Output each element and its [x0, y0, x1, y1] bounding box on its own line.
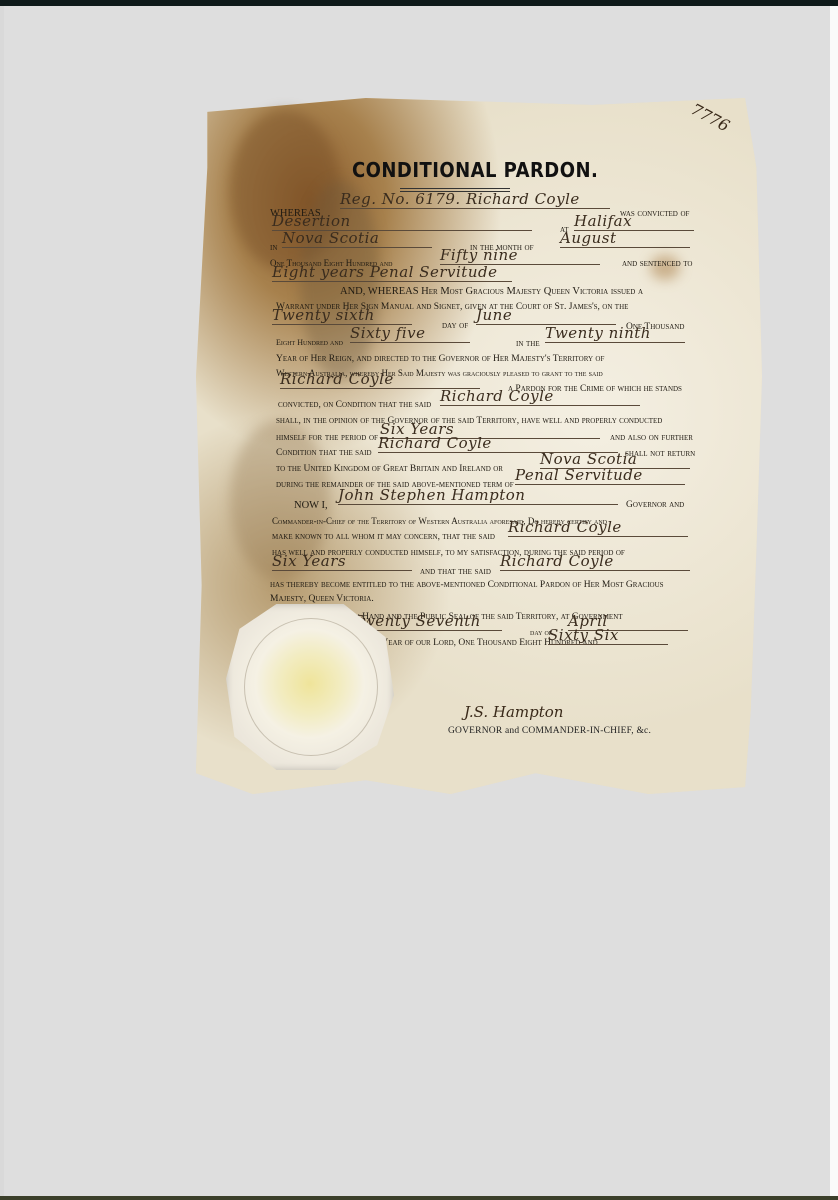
printed-text: in: [270, 242, 277, 253]
governor-signature: J.S. Hampton: [464, 703, 563, 721]
handwritten-name: Richard Coyle: [500, 552, 690, 571]
printed-text: AND, WHEREAS Her Most Gracious Majesty Q…: [340, 286, 643, 297]
printed-text: convicted, on Condition that the said: [278, 400, 431, 410]
handwritten-warrant-day: Twenty sixth: [272, 306, 412, 325]
printed-text: Eight Hundred and: [276, 338, 343, 347]
printed-text: himself for the period of: [276, 432, 378, 443]
scan-right-edge: [830, 6, 838, 1200]
printed-text: Majesty, Queen Victoria.: [270, 594, 374, 604]
handwritten-given-day: Twenty Seventh: [352, 612, 502, 631]
printed-text: has thereby become entitled to the above…: [270, 580, 664, 590]
handwritten-sentence: Eight years Penal Servitude: [272, 263, 512, 282]
handwritten-governor-name: John Stephen Hampton: [338, 486, 618, 505]
printed-text: Year of Her Reign, and directed to the G…: [276, 354, 604, 364]
document-title: CONDITIONAL PARDON.: [352, 158, 598, 182]
printed-text: and sentenced to: [622, 258, 692, 269]
printed-text: and that the said: [420, 566, 491, 577]
handwritten-prisoner-name: Reg. No. 6179. Richard Coyle: [340, 190, 610, 209]
seal-ring: [244, 618, 378, 756]
handwritten-colony: Nova Scotia: [282, 229, 432, 248]
scan-bottom-border: [0, 1196, 838, 1200]
printed-text: NOW I,: [294, 500, 328, 511]
handwritten-name: Richard Coyle: [440, 387, 640, 406]
handwritten-reign-year: Twenty ninth: [545, 324, 685, 343]
handwritten-term: Penal Servitude: [515, 466, 685, 485]
signature-caption: GOVERNOR and COMMANDER-IN-CHIEF, &c.: [448, 726, 651, 736]
printed-text: make known to all whom it may concern, t…: [272, 532, 495, 542]
printed-text: Governor and: [626, 500, 684, 510]
printed-text: and also on further: [610, 432, 693, 443]
handwritten-warrant-month: June: [476, 306, 616, 325]
printed-text: to the United Kingdom of Great Britain a…: [276, 464, 503, 474]
handwritten-name: Richard Coyle: [508, 518, 688, 537]
handwritten-period: Six Years: [272, 552, 412, 571]
printed-text: Condition that the said: [276, 448, 372, 458]
handwritten-warrant-year: Sixty five: [350, 324, 470, 343]
printed-text: in the: [516, 338, 540, 349]
handwritten-given-year: Sixty Six: [548, 626, 668, 645]
